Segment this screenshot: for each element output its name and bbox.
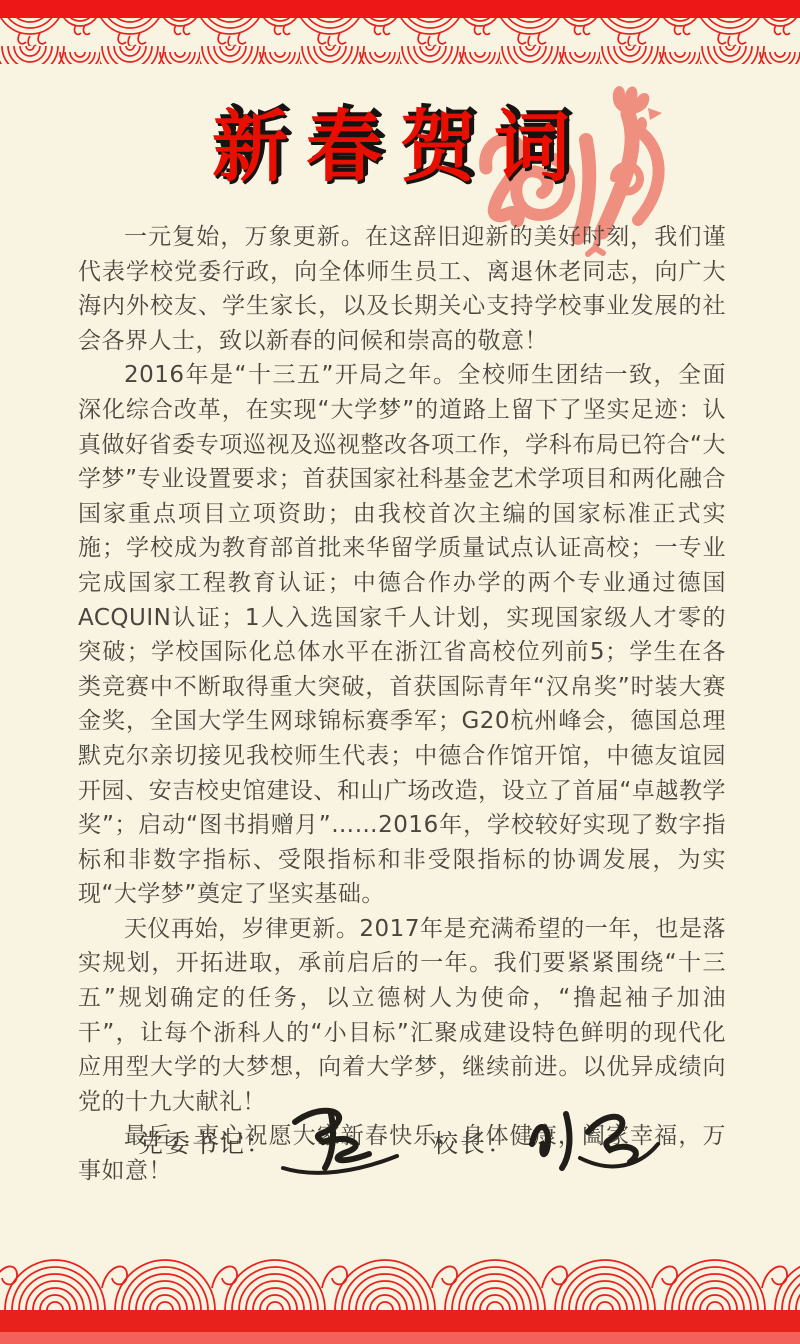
top-cloud-border — [0, 0, 800, 64]
secretary-signature — [275, 1096, 403, 1180]
signature-row: 党委书记： 校长： — [0, 1096, 800, 1180]
bottom-wave-border — [0, 1254, 800, 1344]
page-title: 新春贺词 — [212, 85, 588, 196]
greeting-paragraph-3: 天仪再始，岁律更新。2017年是充满希望的一年，也是落实规划，开拓进取，承前启后… — [78, 912, 726, 1120]
title-row: 新春贺词 — [0, 86, 800, 195]
greeting-body: 一元复始，万象更新。在这辞旧迎新的美好时刻，我们谨代表学校党委行政，向全体师生员… — [78, 220, 726, 1189]
greeting-paragraph-2: 2016年是“十三五”开局之年。全校师生团结一致，全面深化综合改革，在实现“大学… — [78, 358, 726, 912]
president-signature — [514, 1096, 662, 1180]
secretary-label: 党委书记： — [138, 1124, 273, 1160]
greeting-paragraph-1: 一元复始，万象更新。在这辞旧迎新的美好时刻，我们谨代表学校党委行政，向全体师生员… — [78, 220, 726, 358]
president-label: 校长： — [433, 1124, 514, 1160]
greeting-card-page: { "header": { "title": "新春贺词", "year": "… — [0, 0, 800, 1344]
